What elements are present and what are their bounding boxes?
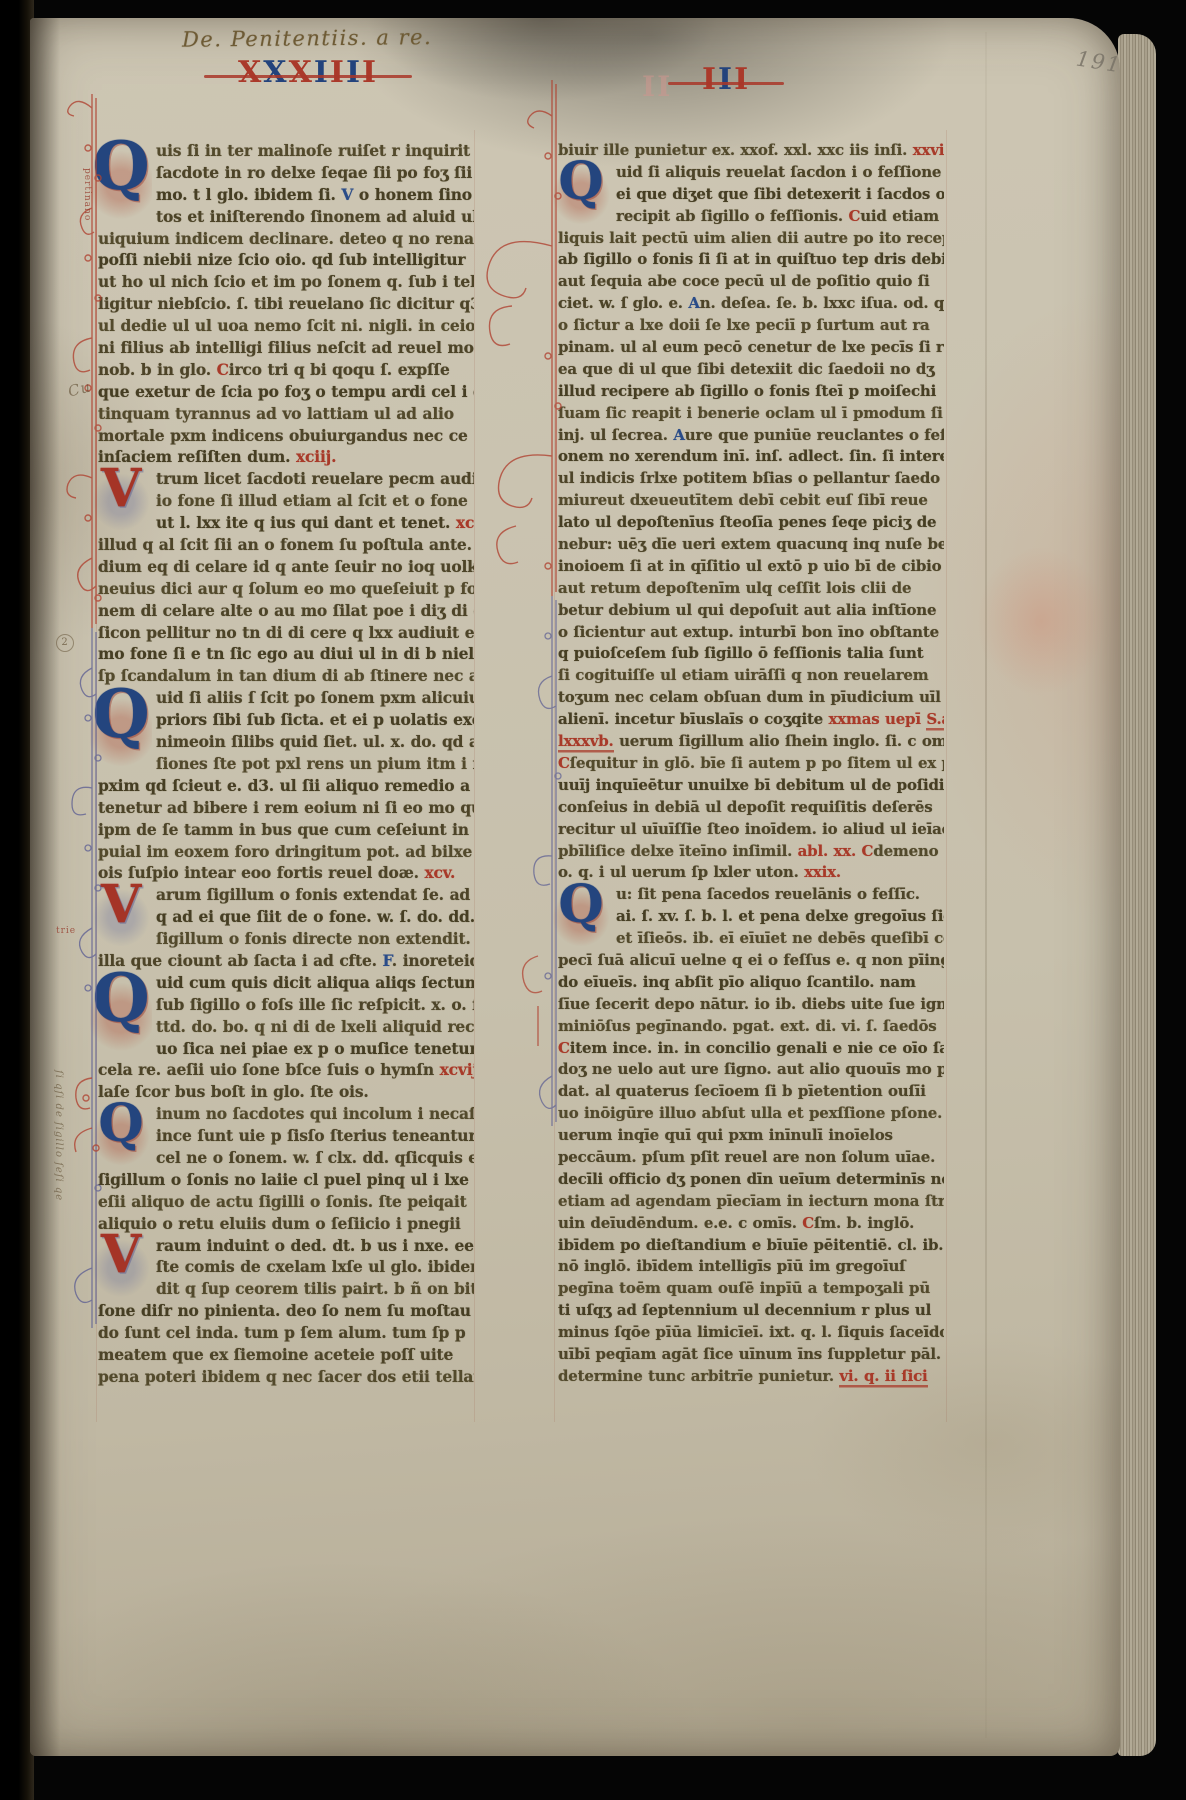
text-column-left: uis ſi in ter malinoſe ruiſet r inquirit… (98, 140, 474, 1388)
text-line: ſicon pellitur no tn di di cere q lxx au… (98, 622, 474, 644)
chapter-letter: I (718, 62, 734, 97)
text-line: dium eq di celare id q ante ſeuir no ioq… (98, 556, 474, 578)
page-edge-stack (1118, 34, 1156, 1756)
text-line: ibīdem po dieſtandium e bīuīe pēitentiē.… (558, 1235, 944, 1257)
text-line: mortale pxm indicens obuiurgandus nec ce (98, 425, 474, 447)
text-line: laſe ſcor bus boſt in glo. ſte ois. (98, 1081, 474, 1103)
text-line: aut ſequia abe coce pecū ul de poſitio q… (558, 271, 944, 293)
text-line: ttd. do. bo. q ni di de lxeli aliquid re… (98, 1016, 474, 1038)
chapter-letters: XXXIIII (238, 55, 378, 90)
text-line: ois ſuſpio intear eoo fortis reuel doæ. … (98, 862, 474, 884)
text-line: uid ſi aliquis reuelat ſacdon i o feſſio… (558, 162, 944, 184)
text-line: et īſieōs. ib. eī eīuīet ne debēs queſib… (558, 928, 944, 950)
text-line: ſi cogituiſſe ul etiam uirāſſi q non reu… (558, 665, 944, 687)
rubric-strike-line (204, 75, 412, 78)
text-line: ei que diʒet que ſibi detexerit i ſacdos… (558, 184, 944, 206)
text-line: recipit ab ſigillo o feſſionis. Cuid eti… (558, 206, 944, 228)
text-line: Cſequitur in glō. bīe ſi autem p po ſite… (558, 753, 944, 775)
margin-note-upper: pertinano (82, 168, 92, 221)
text-line: do ſunt cel inda. tum p ſem alum. tum ſp… (98, 1322, 474, 1344)
text-line: raum induint o ded. dt. b us i nxe. ee. … (98, 1235, 474, 1257)
margin-note-bottom-script: ſi qſi de ſigillo ſeſi qe (53, 1070, 64, 1201)
text-line: liquis lait pectū uim alien dii autre po… (558, 228, 944, 250)
text-line: determine tunc arbitrīe punietur. vi. q.… (558, 1366, 944, 1388)
chapter-letters: III (702, 62, 750, 97)
text-line: ni filius ab intelligi filius neſcit ad … (98, 337, 474, 359)
text-line: uuīj inquīeētur unuilxe bī debitum ul de… (558, 775, 944, 797)
chapter-letter: X (263, 55, 288, 90)
chapter-number-left: XXXIIII (238, 58, 378, 88)
text-line: nem di celare alte o au mo ſilat poe i d… (98, 600, 474, 622)
text-line: eſii aliquo de actu ſigilli o ſonis. ſte… (98, 1191, 474, 1213)
text-line: onem no xerendum inī. inſ. adlect. ſin. … (558, 446, 944, 468)
text-line: nimeoin ſilibs quid ſiet. ul. x. do. qd … (98, 731, 474, 753)
text-line: toʒum nec celam obſuan dum in pīudicium … (558, 687, 944, 709)
text-line: ea que di ul que ſibi detexiit dic ſaedo… (558, 359, 944, 381)
text-line: miureut dxeueutītem debī cebit euſ ſibī … (558, 490, 944, 512)
text-line: nob. b in glo. Circo tri q bi qoqu ſ. ex… (98, 359, 474, 381)
chapter-letter: X (238, 55, 263, 90)
text-line: io fone ſi illud etiam al ſcit et o fone (98, 490, 474, 512)
text-line: uerum inqīe quī qui pxm inīnulī inoīelos (558, 1125, 944, 1147)
chapter-number-ghost: II (642, 70, 672, 103)
text-column-right: biuir ille punietur ex. xxof. xxl. xxc i… (558, 140, 944, 1388)
text-line: cela re. aeſii uio ſone bſce ſuis o hymſ… (98, 1059, 474, 1081)
text-line: lxxxvb. uerum ſigillum alio ſhein inglo.… (558, 731, 944, 753)
text-line: trum licet ſacdoti reuelare pecm audita (98, 468, 474, 490)
text-line: priors ſibi ſub ſicta. et ei p uolatis e… (98, 709, 474, 731)
text-line: pinam. ul al eum pecō cenetur de lxe pec… (558, 337, 944, 359)
chapter-letter: X (289, 55, 314, 90)
text-line: aut retum depoſtenīm ulq ceſſit lois cli… (558, 578, 944, 600)
text-line: ul dedie ul ul uoa nemo ſcit ni. nigli. … (98, 315, 474, 337)
text-line: peccāum. pſum pſit reuel are non ſolum u… (558, 1147, 944, 1169)
crease-line (985, 32, 987, 1738)
text-line: dat. al quaterus ſecīoem ſi b pīetention… (558, 1081, 944, 1103)
text-line: ſīue ſecerit depo nātur. io ib. diebs ui… (558, 994, 944, 1016)
text-line: Citem ince. in. in concilio genali e nie… (558, 1038, 944, 1060)
text-line: inoioem ſi at in qīſitio ul extō p uio b… (558, 556, 944, 578)
text-line: decīli officio dʒ ponen dīn ueīum determ… (558, 1169, 944, 1191)
chapter-letter: I (314, 55, 330, 90)
text-line: alienī. incetur bīuslaīs o coʒqite xxmas… (558, 709, 944, 731)
text-line: neuius dici aur q ſolum eo mo queſeiuit … (98, 578, 474, 600)
text-line: ſte comis de cxelam lxſe ul glo. ibidem … (98, 1256, 474, 1278)
text-line: dit q ſup ceorem tilis pairt. b ñ on bit… (98, 1278, 474, 1300)
text-line: ince ſunt uie p ſisſo ſterius teneantur (98, 1125, 474, 1147)
text-line: inſaciem reſiſten dum. xciij. (98, 446, 474, 468)
text-line: ligitur niebſcio. ſ. tibi reuelano ſic d… (98, 293, 474, 315)
text-line: uībī peqīam agāt ſice uīnum īns ſuppletu… (558, 1344, 944, 1366)
text-line: q puioſceſem ſub ſigillo ō feſſionis tal… (558, 643, 944, 665)
margin-note-circled: 2 (56, 634, 74, 652)
ruling-line (946, 130, 947, 1422)
text-line: mo fone ſi e tn ſic ego au diui ul in di… (98, 643, 474, 665)
text-line: tos et iniſterendo ſinonem ad aluid ul a… (98, 206, 474, 228)
text-line: pxim qd ſcieut e. d3. ul ſii aliquo reme… (98, 775, 474, 797)
text-line: uin deīudēndum. e.e. c omīs. Cſm. b. ing… (558, 1213, 944, 1235)
text-line: uid ſi aliis ſ ſcit po ſonem pxm alicuiu… (98, 687, 474, 709)
text-line: do eīueīs. inq abſit pīo aliquo ſcantilo… (558, 972, 944, 994)
text-line: ſacdote in ro delxe ſeqae ſii po foʒ ſii… (98, 162, 474, 184)
text-line: o ſicientur aut extup. inturbī bon īno o… (558, 622, 944, 644)
chapter-letter: I (346, 55, 362, 90)
text-line: inum no ſacdotes qui incolum i necaſi (98, 1103, 474, 1125)
text-line: ciet. w. ſ glo. e. An. deſea. ſe. b. lxx… (558, 293, 944, 315)
text-line: nō inglō. ibīdem intelligīs pīū im grego… (558, 1256, 944, 1278)
parchment-stain (976, 546, 1106, 696)
text-line: ul indicis ſrlxe potitem bſias o pellant… (558, 468, 944, 490)
text-line: minus ſqōe pīūa limicīeī. ixt. q. l. ſiq… (558, 1322, 944, 1344)
text-line: pegīna toēm quam ouſē inpīū a tempoʒali … (558, 1278, 944, 1300)
text-line: meatem que ex ſiemoine aceteie poſſ uite (98, 1344, 474, 1366)
text-line: ſigillum o fonis directe non extendit. n… (98, 928, 474, 950)
text-line: pecī ſuā alicuī uelne q ei o feſſus e. q… (558, 950, 944, 972)
text-line: ſuam ſic reapit i benerie oclam ul ī pmo… (558, 403, 944, 425)
text-line: u: ſit pena ſacedos reuelānis o feſſīc. (558, 884, 944, 906)
text-line: ipm de ſe tamm in bus que cum ceſeiunt i… (98, 819, 474, 841)
text-line: poſſi niebii nize ſcio oio. qd ſub intel… (98, 249, 474, 271)
text-line: uid cum quis dicit aliqua aliqs ſectum (98, 972, 474, 994)
folio-number: 191 (1074, 47, 1123, 78)
text-line: etiam ad agendam pīecīam in iecturn mona… (558, 1191, 944, 1213)
text-line: ab ſigillo o fonis ſi ſi at in quiſtuo t… (558, 249, 944, 271)
running-header: De. Penitentiis. a re. (182, 24, 502, 51)
text-line: illud q al ſcit ſii an o fonem ſu poſtul… (98, 534, 474, 556)
chapter-number-right: III (702, 65, 750, 95)
text-line: aliquio o retu eluiis dum o ſeſiicio i p… (98, 1213, 474, 1235)
text-line: conſeius in debiā ul depoſit requiſitis … (558, 797, 944, 819)
text-line: que exetur de ſcia po foʒ o tempu ardi c… (98, 381, 474, 403)
text-line: mo. t l glo. ibidem ſi. V o honem ſino p… (98, 184, 474, 206)
manuscript-page: De. Penitentiis. a re. XXXIIII II III 19… (30, 18, 1120, 1756)
text-line: uis ſi in ter malinoſe ruiſet r inquirit… (98, 140, 474, 162)
text-line: biuir ille punietur ex. xxof. xxl. xxc i… (558, 140, 944, 162)
text-line: uiquium indicem declinare. deteo q no re… (98, 228, 474, 250)
text-line: ut ho ul nich ſcio et im po ſonem q. ſub… (98, 271, 474, 293)
chapter-letter: I (330, 55, 346, 90)
text-line: inj. ul ſecrea. Aure que puniūe reuclant… (558, 425, 944, 447)
text-line: arum ſigillum o fonis extendat ſe. ad al… (98, 884, 474, 906)
text-line: q ad ei que ſiit de o fone. w. ſ. do. dd… (98, 906, 474, 928)
text-line: illa que ciount ab ſacta i ad cfte. F. i… (98, 950, 474, 972)
text-line: nebur: uēʒ dīe ueri extem quacunq inq nu… (558, 534, 944, 556)
text-line: tinquam tyrannus ad vo lattiam ul ad ali… (98, 403, 474, 425)
text-line: betur debium ul qui depoſuit aut alia in… (558, 600, 944, 622)
margin-note-lower: trie (56, 926, 76, 936)
text-line: lato ul depoſtenīus ſteoſīa penes ſeqe p… (558, 512, 944, 534)
text-line: cel ne o ſonem. w. ſ clx. dd. qſicquis e… (98, 1147, 474, 1169)
text-line: miniōſus pegīnando. pgat. ext. di. vi. ſ… (558, 1016, 944, 1038)
spine-shadow (30, 18, 60, 1756)
text-line: recitur ul uīuīſſie ſteo inoīdem. io ali… (558, 819, 944, 841)
text-line: uo inōigūre illuo abſut ulla et pexſſion… (558, 1103, 944, 1125)
text-line: ut l. lxx ite q ius qui dant et tenet. x… (98, 512, 474, 534)
text-line: tenetur ad bibere i rem eoium ni ſi eo m… (98, 797, 474, 819)
text-line: ſone diſr no pinienta. deo ſo nem ſu moſ… (98, 1300, 474, 1322)
text-line: ſiones ſte pot pxl rens un pium itm i re… (98, 753, 474, 775)
text-line: ſigillum o ſonis no laiie cl puel pinq u… (98, 1169, 474, 1191)
text-line: uo ſica nei piae ex p o muſice tenetur l… (98, 1038, 474, 1060)
text-line: ſp ſcandalum in tan dium di ab ſtinere n… (98, 665, 474, 687)
rubric-strike-line (668, 82, 784, 85)
text-line: illud recipere ab ſigillo o fonis ſteī p… (558, 381, 944, 403)
text-line: ai. ſ. xv. ſ. b. l. et pena delxe gregoī… (558, 906, 944, 928)
text-line: o. q. i ul uerum ſp lxler uton. xxix. (558, 862, 944, 884)
gutter-filigree (468, 76, 578, 1166)
text-line: puial im eoxem foro dringitum pot. ad bi… (98, 841, 474, 863)
text-line: pbīliſice delxe īteīno inſimil. abl. xx.… (558, 841, 944, 863)
margin-filigree-left (58, 88, 108, 1378)
text-line: o ſictur a lxe doii ſe lxe peciī p ſurtu… (558, 315, 944, 337)
text-line: ſub ſigillo o foſs ille ſic reſpicit. x.… (98, 994, 474, 1016)
photo-background: { "page": { "running_header": "De. Penit… (0, 0, 1186, 1800)
book-spine (0, 0, 34, 1800)
text-line: pena poteri ibidem q nec ſacer dos etii … (98, 1366, 474, 1388)
chapter-letter: I (362, 55, 378, 90)
chapter-letter: I (702, 62, 718, 97)
text-line: ti uſqʒ ad ſeptennium ul decennium r plu… (558, 1300, 944, 1322)
chapter-letter: I (734, 62, 750, 97)
text-line: doʒ ne uelo aut ure ſigno. aut alio quou… (558, 1059, 944, 1081)
